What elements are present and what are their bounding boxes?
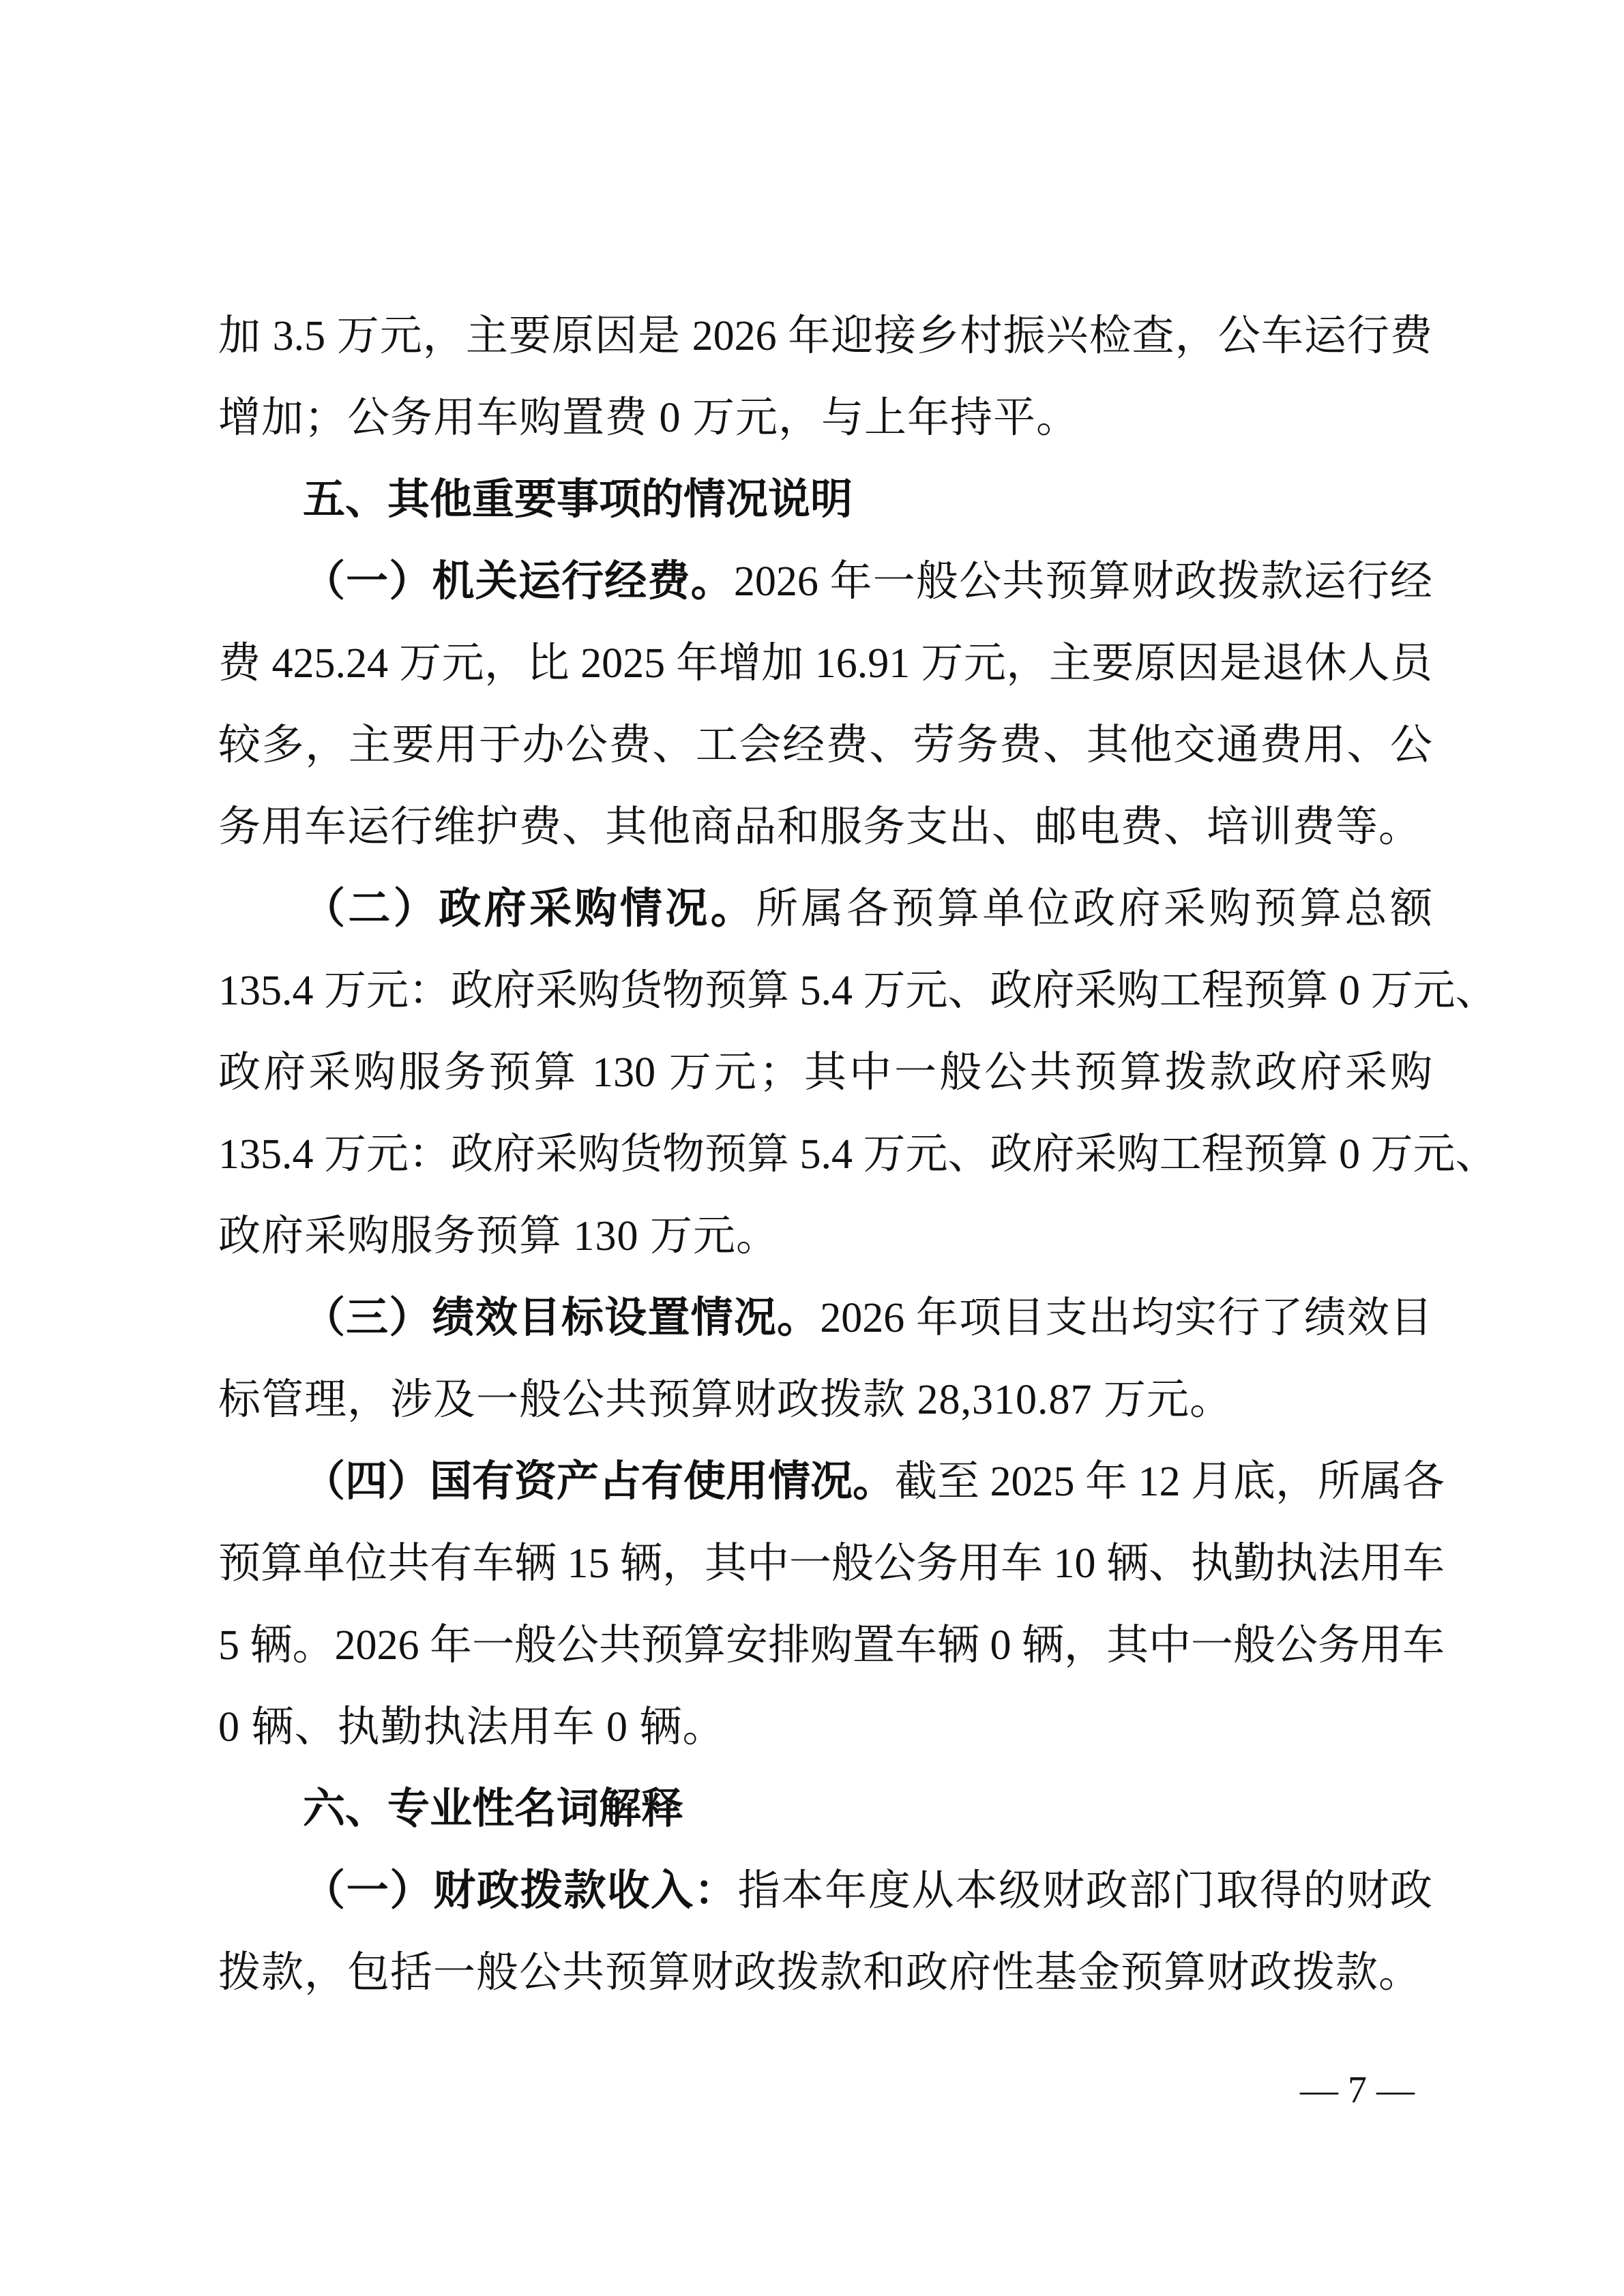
paragraph-line: （二）政府采购情况。所属各预算单位政府采购预算总额: [218, 868, 1432, 950]
paragraph-line: （三）绩效目标设置情况。2026 年项目支出均实行了绩效目: [218, 1277, 1432, 1359]
line-text: 135.4 万元：政府采购货物预算 5.4 万元、政府采购工程预算 0 万元、: [218, 1131, 1498, 1178]
paragraph-line: 135.4 万元：政府采购货物预算 5.4 万元、政府采购工程预算 0 万元、: [218, 950, 1432, 1032]
paragraph-line: （一）财政拨款收入：指本年度从本级财政部门取得的财政: [218, 1850, 1432, 1932]
subsection-lead-performance-targets: （三）绩效目标设置情况。: [303, 1295, 820, 1341]
line-text: 指本年度从本级财政部门取得的财政: [738, 1868, 1432, 1914]
paragraph-line: 政府采购服务预算 130 万元。: [218, 1195, 1432, 1277]
paragraph-line: 标管理，涉及一般公共预算财政拨款 28,310.87 万元。: [218, 1359, 1432, 1441]
body-text: 加 3.5 万元，主要原因是 2026 年迎接乡村振兴检查，公车运行费 增加；公…: [218, 295, 1432, 2014]
paragraph-line: 135.4 万元：政府采购货物预算 5.4 万元、政府采购工程预算 0 万元、: [218, 1114, 1432, 1195]
line-text: 预算单位共有车辆 15 辆，其中一般公务用车 10 辆、执勤执法用车: [218, 1540, 1445, 1587]
line-text: 政府采购服务预算 130 万元；其中一般公共预算拨款政府采购: [218, 1049, 1432, 1096]
section-heading-6: 六、专业性名词解释: [218, 1768, 1432, 1850]
section-heading-5: 五、其他重要事项的情况说明: [218, 459, 1432, 541]
paragraph-line: 预算单位共有车辆 15 辆，其中一般公务用车 10 辆、执勤执法用车: [218, 1523, 1432, 1605]
paragraph-line: （一）机关运行经费。2026 年一般公共预算财政拨款运行经: [218, 541, 1432, 623]
line-text: 135.4 万元：政府采购货物预算 5.4 万元、政府采购工程预算 0 万元、: [218, 968, 1498, 1014]
line-text: 5 辆。2026 年一般公共预算安排购置车辆 0 辆，其中一般公务用车: [218, 1622, 1445, 1669]
paragraph-line: 拨款，包括一般公共预算财政拨款和政府性基金预算财政拨款。: [218, 1932, 1432, 2014]
page-number: — 7 —: [1289, 2066, 1426, 2114]
subsection-lead-procurement: （二）政府采购情况。: [303, 886, 756, 932]
paragraph-line: 较多，主要用于办公费、工会经费、劳务费、其他交通费用、公: [218, 704, 1432, 786]
paragraph-line: （四）国有资产占有使用情况。截至 2025 年 12 月底，所属各: [218, 1441, 1432, 1523]
paragraph-line: 加 3.5 万元，主要原因是 2026 年迎接乡村振兴检查，公车运行费: [218, 295, 1432, 377]
paragraph-line: 增加；公务用车购置费 0 万元，与上年持平。: [218, 377, 1432, 459]
subsection-lead-operating-expenses: （一）机关运行经费。: [303, 558, 734, 605]
heading-text: 五、其他重要事项的情况说明: [303, 476, 853, 523]
document-page: 加 3.5 万元，主要原因是 2026 年迎接乡村振兴检查，公车运行费 增加；公…: [0, 0, 1624, 2296]
line-text: 务用车运行维护费、其他商品和服务支出、邮电费、培训费等。: [218, 804, 1421, 850]
paragraph-line: 政府采购服务预算 130 万元；其中一般公共预算拨款政府采购: [218, 1032, 1432, 1114]
line-text: 拨款，包括一般公共预算财政拨款和政府性基金预算财政拨款。: [218, 1950, 1421, 1996]
subsection-lead-state-assets: （四）国有资产占有使用情况。: [303, 1459, 895, 1505]
paragraph-line: 0 辆、执勤执法用车 0 辆。: [218, 1686, 1432, 1768]
line-text: 截至 2025 年 12 月底，所属各: [895, 1459, 1445, 1505]
subsection-lead-fiscal-appropriation-income: （一）财政拨款收入：: [303, 1868, 738, 1914]
line-text: 2026 年项目支出均实行了绩效目: [820, 1295, 1432, 1341]
line-text: 2026 年一般公共预算财政拨款运行经: [734, 558, 1432, 605]
heading-text: 六、专业性名词解释: [303, 1785, 683, 1832]
line-text: 加 3.5 万元，主要原因是 2026 年迎接乡村振兴检查，公车运行费: [218, 313, 1432, 359]
line-text: 0 辆、执勤执法用车 0 辆。: [218, 1704, 726, 1750]
line-text: 标管理，涉及一般公共预算财政拨款 28,310.87 万元。: [218, 1377, 1232, 1423]
paragraph-line: 务用车运行维护费、其他商品和服务支出、邮电费、培训费等。: [218, 786, 1432, 868]
paragraph-line: 5 辆。2026 年一般公共预算安排购置车辆 0 辆，其中一般公务用车: [218, 1605, 1432, 1686]
paragraph-line: 费 425.24 万元，比 2025 年增加 16.91 万元，主要原因是退休人…: [218, 623, 1432, 704]
line-text: 较多，主要用于办公费、工会经费、劳务费、其他交通费用、公: [218, 722, 1432, 769]
line-text: 增加；公务用车购置费 0 万元，与上年持平。: [218, 395, 1079, 441]
line-text: 所属各预算单位政府采购预算总额: [756, 886, 1432, 932]
line-text: 费 425.24 万元，比 2025 年增加 16.91 万元，主要原因是退休人…: [218, 640, 1432, 687]
line-text: 政府采购服务预算 130 万元。: [218, 1213, 779, 1259]
